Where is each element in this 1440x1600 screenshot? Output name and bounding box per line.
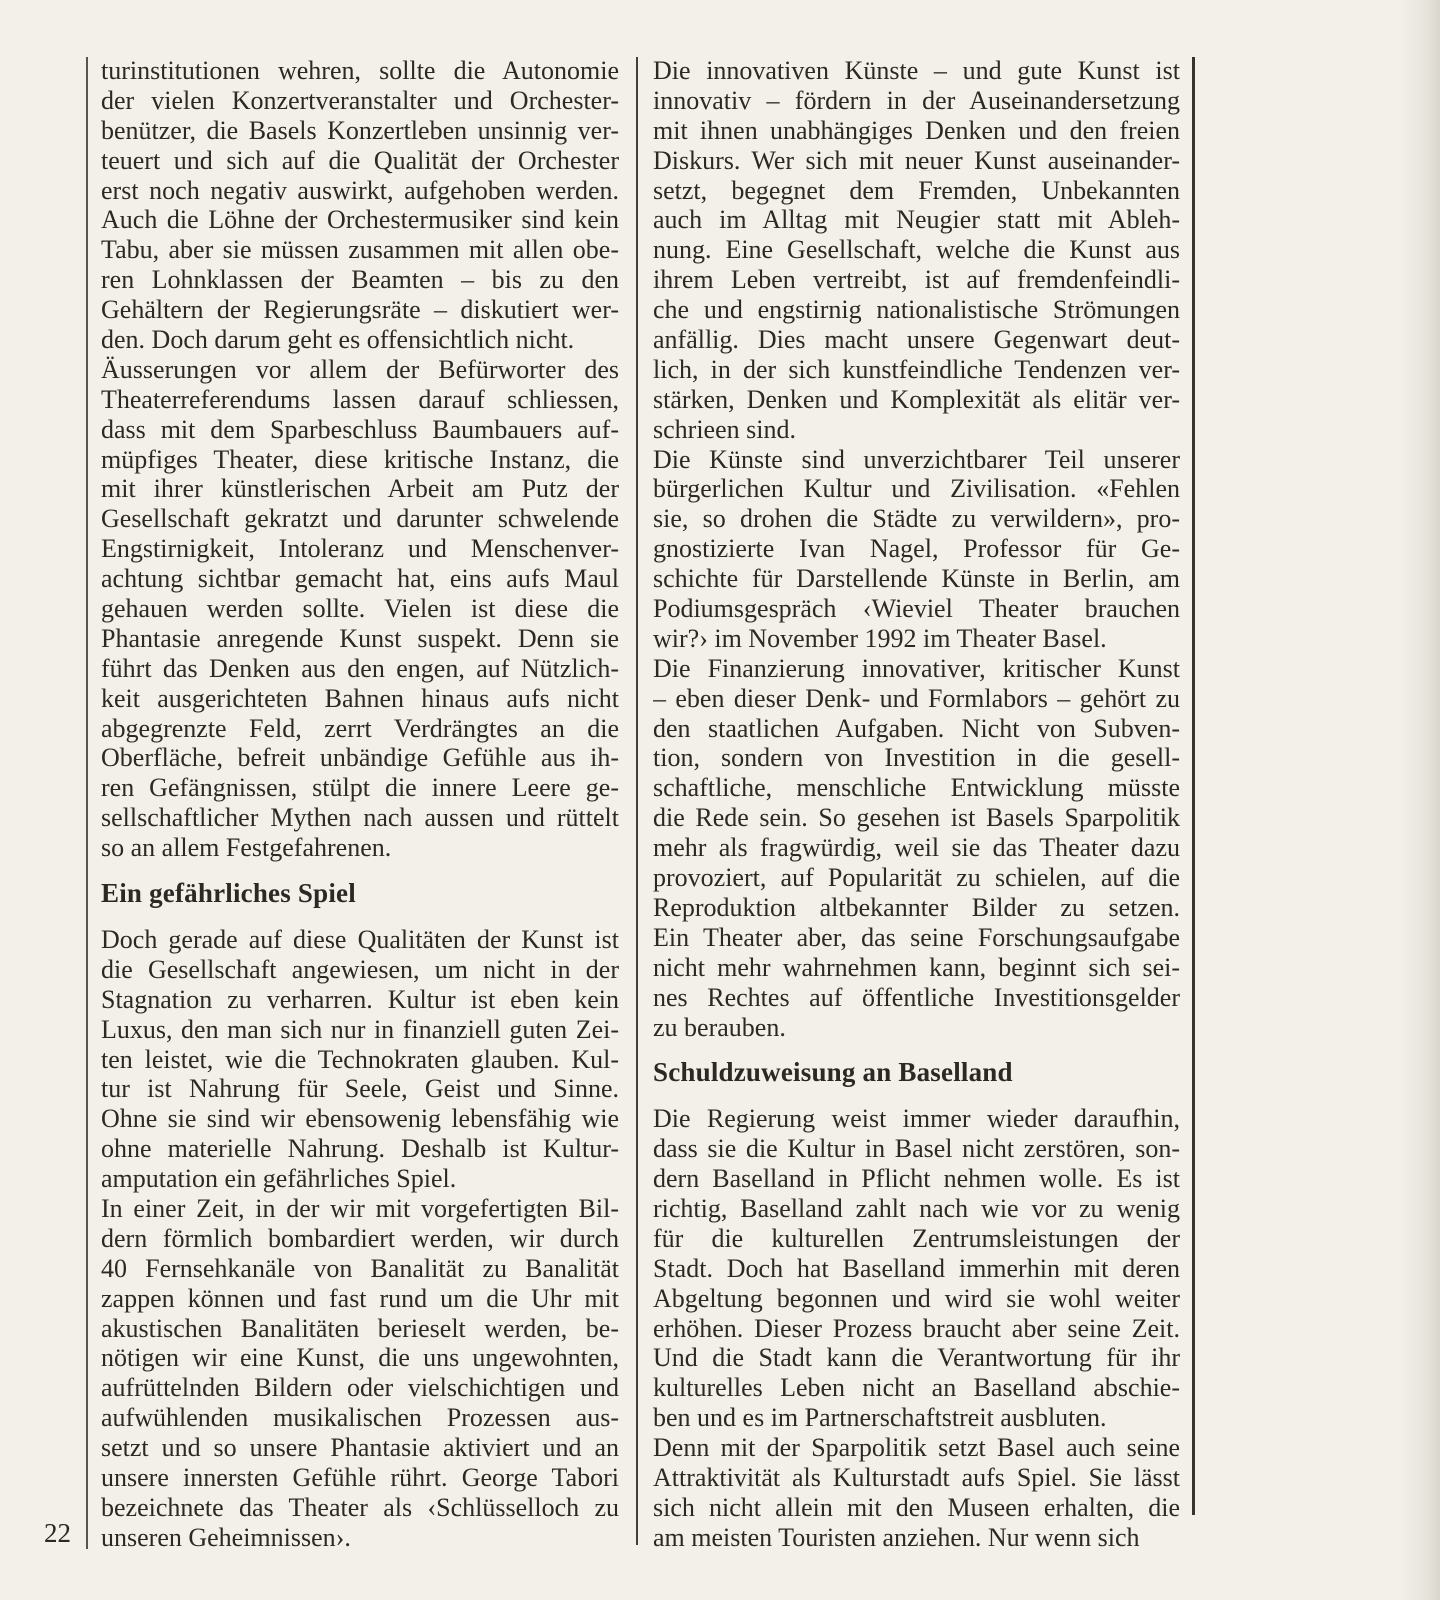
text-line: setzt und so unsere Phantasie aktiviert … bbox=[101, 1433, 619, 1463]
text-line: auch im Alltag mit Neugier statt mit Abl… bbox=[653, 205, 1180, 235]
text-line: ren Gefängnissen, stülpt die innere Leer… bbox=[101, 773, 619, 803]
text-line: Die Künste sind unverzichtbarer Teil uns… bbox=[653, 445, 1180, 475]
text-line: mit ihrer künstlerischen Arbeit am Putz … bbox=[101, 474, 619, 504]
text-line: Abgeltung begonnen und wird sie wohl wei… bbox=[653, 1284, 1180, 1314]
text-line: dern Baselland in Pflicht nehmen wolle. … bbox=[653, 1164, 1180, 1194]
text-line: nicht mehr wahrnehmen kann, beginnt sich… bbox=[653, 953, 1180, 983]
text-line: nung. Eine Gesellschaft, welche die Kuns… bbox=[653, 235, 1180, 265]
page-number: 22 bbox=[44, 1518, 71, 1548]
text-line: stärken, Denken und Komplexität als elit… bbox=[653, 385, 1180, 415]
text-line: nötigen wir eine Kunst, die uns ungewohn… bbox=[101, 1343, 619, 1373]
paragraph: turinstitutionen wehren, sollte die Auto… bbox=[101, 56, 619, 355]
text-line: mehr als fragwürdig, weil sie das Theate… bbox=[653, 833, 1180, 863]
text-line: bezeichnete das Theater als ‹Schlüssello… bbox=[101, 1493, 619, 1523]
text-column-right: Die innovativen Künste – und gute Kunst … bbox=[653, 56, 1180, 1553]
text-line: abgegrenzte Feld, zerrt Verdrängtes an d… bbox=[101, 714, 619, 744]
text-line: Gesellschaft gekratzt und darunter schwe… bbox=[101, 504, 619, 534]
text-line: Diskurs. Wer sich mit neuer Kunst ausein… bbox=[653, 146, 1180, 176]
text-line: tur ist Nahrung für Seele, Geist und Sin… bbox=[101, 1074, 619, 1104]
text-line: die Rede sein. So gesehen ist Basels Spa… bbox=[653, 803, 1180, 833]
text-line: den staatlichen Aufgaben. Nicht von Subv… bbox=[653, 714, 1180, 744]
paragraph: Die Regierung weist immer wieder daraufh… bbox=[653, 1104, 1180, 1433]
text-line: müpfiges Theater, diese kritische Instan… bbox=[101, 445, 619, 475]
paragraph: Die innovativen Künste – und gute Kunst … bbox=[653, 56, 1180, 445]
text-line: Denn mit der Sparpolitik setzt Basel auc… bbox=[653, 1433, 1180, 1463]
text-line: Attraktivität als Kulturstadt aufs Spiel… bbox=[653, 1463, 1180, 1493]
text-line: – eben dieser Denk- und Formlabors – geh… bbox=[653, 684, 1180, 714]
text-line: provoziert, auf Popularität zu schielen,… bbox=[653, 863, 1180, 893]
paragraph: Doch gerade auf diese Qualitäten der Kun… bbox=[101, 925, 619, 1194]
text-line: ten leistet, wie die Technokraten glaube… bbox=[101, 1045, 619, 1075]
text-line: amputation ein gefährliches Spiel. bbox=[101, 1164, 619, 1194]
text-line: sich nicht allein mit den Museen erhalte… bbox=[653, 1493, 1180, 1523]
text-line: Ein Theater aber, das seine Forschungsau… bbox=[653, 923, 1180, 953]
text-line: lich, in der sich kunstfeindliche Tenden… bbox=[653, 355, 1180, 385]
text-line: In einer Zeit, in der wir mit vorgeferti… bbox=[101, 1194, 619, 1224]
text-line: zappen können und fast rund um die Uhr m… bbox=[101, 1284, 619, 1314]
text-line: Oberfläche, befreit unbändige Gefühle au… bbox=[101, 743, 619, 773]
text-line: Und die Stadt kann die Verantwortung für… bbox=[653, 1343, 1180, 1373]
text-line: dern förmlich bombardiert werden, wir du… bbox=[101, 1224, 619, 1254]
text-line: achtung sichtbar gemacht hat, eins aufs … bbox=[101, 564, 619, 594]
text-line: Luxus, den man sich nur in finanziell gu… bbox=[101, 1015, 619, 1045]
text-line: Podiumsgespräch ‹Wieviel Theater brauche… bbox=[653, 594, 1180, 624]
text-line: setzt, begegnet dem Fremden, Unbekannten bbox=[653, 176, 1180, 206]
text-line: unsere innersten Gefühle rührt. George T… bbox=[101, 1463, 619, 1493]
text-line: nes Rechtes auf öffentliche Investitions… bbox=[653, 983, 1180, 1013]
text-line: turinstitutionen wehren, sollte die Auto… bbox=[101, 56, 619, 86]
text-line: Die Regierung weist immer wieder daraufh… bbox=[653, 1104, 1180, 1134]
paragraph: Die Finanzierung innovativer, kritischer… bbox=[653, 654, 1180, 1043]
section-heading: Ein gefährliches Spiel bbox=[101, 879, 619, 909]
text-line: mit ihnen unabhängiges Denken und den fr… bbox=[653, 116, 1180, 146]
text-line: teuert und sich auf die Qualität der Orc… bbox=[101, 146, 619, 176]
text-line: Phantasie anregende Kunst suspekt. Denn … bbox=[101, 624, 619, 654]
paragraph: In einer Zeit, in der wir mit vorgeferti… bbox=[101, 1194, 619, 1553]
paragraph: Denn mit der Sparpolitik setzt Basel auc… bbox=[653, 1433, 1180, 1553]
text-line: keit ausgerichteten Bahnen hinaus aufs n… bbox=[101, 684, 619, 714]
column-divider-rule bbox=[636, 57, 638, 1545]
page-edge-shadow bbox=[1400, 0, 1440, 1600]
text-line: zu berauben. bbox=[653, 1013, 1180, 1043]
text-line: bürgerlichen Kultur und Zivilisation. «F… bbox=[653, 474, 1180, 504]
text-line: aufrüttelnden Bildern oder vielschichtig… bbox=[101, 1373, 619, 1403]
left-margin-rule bbox=[86, 57, 88, 1549]
text-line: akustischen Banalitäten berieselt werden… bbox=[101, 1314, 619, 1344]
text-line: am meisten Touristen anziehen. Nur wenn … bbox=[653, 1523, 1180, 1553]
text-line: che und engstirnig nationalistische Strö… bbox=[653, 295, 1180, 325]
text-line: Auch die Löhne der Orchestermusiker sind… bbox=[101, 205, 619, 235]
text-line: die Gesellschaft angewiesen, um nicht in… bbox=[101, 955, 619, 985]
text-line: ben und es im Partnerschaftstreit ausblu… bbox=[653, 1403, 1180, 1433]
text-line: kulturelles Leben nicht an Baselland abs… bbox=[653, 1373, 1180, 1403]
text-line: benützer, die Basels Konzertleben unsinn… bbox=[101, 116, 619, 146]
text-line: sie, so drohen die Städte zu verwildern»… bbox=[653, 504, 1180, 534]
text-line: schichte für Darstellende Künste in Berl… bbox=[653, 564, 1180, 594]
text-line: Stagnation zu verharren. Kultur ist eben… bbox=[101, 985, 619, 1015]
text-line: Die innovativen Künste – und gute Kunst … bbox=[653, 56, 1180, 86]
text-line: erhöhen. Dieser Prozess braucht aber sei… bbox=[653, 1314, 1180, 1344]
paragraph: Die Künste sind unverzichtbarer Teil uns… bbox=[653, 445, 1180, 654]
text-line: erst noch negativ auswirkt, aufgehoben w… bbox=[101, 176, 619, 206]
text-line: sellschaftlicher Mythen nach aussen und … bbox=[101, 803, 619, 833]
text-line: führt das Denken aus den engen, auf Nütz… bbox=[101, 654, 619, 684]
text-line: richtig, Baselland zahlt nach wie vor zu… bbox=[653, 1194, 1180, 1224]
text-line: für die kulturellen Zentrumsleistungen d… bbox=[653, 1224, 1180, 1254]
text-line: aufwühlenden musikalischen Prozessen aus… bbox=[101, 1403, 619, 1433]
text-line: den. Doch darum geht es offensichtlich n… bbox=[101, 325, 619, 355]
text-line: dass mit dem Sparbeschluss Baumbauers au… bbox=[101, 415, 619, 445]
text-line: tion, sondern von Investition in die ges… bbox=[653, 743, 1180, 773]
text-line: Theaterreferendums lassen darauf schlies… bbox=[101, 385, 619, 415]
text-line: anfällig. Dies macht unsere Gegenwart de… bbox=[653, 325, 1180, 355]
paragraph: Äusserungen vor allem der Befürworter de… bbox=[101, 355, 619, 863]
text-line: ihrem Leben vertreibt, ist auf fremdenfe… bbox=[653, 265, 1180, 295]
scanned-magazine-page: turinstitutionen wehren, sollte die Auto… bbox=[0, 0, 1440, 1600]
text-line: Äusserungen vor allem der Befürworter de… bbox=[101, 355, 619, 385]
text-line: gnostizierte Ivan Nagel, Professor für G… bbox=[653, 534, 1180, 564]
text-line: Doch gerade auf diese Qualitäten der Kun… bbox=[101, 925, 619, 955]
text-line: Ohne sie sind wir ebensowenig lebensfähi… bbox=[101, 1104, 619, 1134]
text-line: so an allem Festgefahrenen. bbox=[101, 833, 619, 863]
section-heading: Schuldzuweisung an Baselland bbox=[653, 1058, 1180, 1088]
text-line: Die Finanzierung innovativer, kritischer… bbox=[653, 654, 1180, 684]
text-line: Reproduktion altbekannter Bilder zu setz… bbox=[653, 893, 1180, 923]
text-line: wir?› im November 1992 im Theater Basel. bbox=[653, 624, 1180, 654]
right-margin-rule bbox=[1192, 57, 1195, 1515]
text-line: der vielen Konzertveranstalter und Orche… bbox=[101, 86, 619, 116]
text-line: Stadt. Doch hat Baselland immerhin mit d… bbox=[653, 1254, 1180, 1284]
text-line: Tabu, aber sie müssen zusammen mit allen… bbox=[101, 235, 619, 265]
text-line: schaftliche, menschliche Entwicklung müs… bbox=[653, 773, 1180, 803]
text-line: unseren Geheimnissen›. bbox=[101, 1523, 619, 1553]
text-line: schrieen sind. bbox=[653, 415, 1180, 445]
text-line: 40 Fernsehkanäle von Banalität zu Banali… bbox=[101, 1254, 619, 1284]
text-line: ohne materielle Nahrung. Deshalb ist Kul… bbox=[101, 1134, 619, 1164]
text-line: innovativ – fördern in der Auseinanderse… bbox=[653, 86, 1180, 116]
text-line: Gehältern der Regierungsräte – diskutier… bbox=[101, 295, 619, 325]
text-line: ren Lohnklassen der Beamten – bis zu den bbox=[101, 265, 619, 295]
text-line: gehauen werden sollte. Vielen ist diese … bbox=[101, 594, 619, 624]
text-column-left: turinstitutionen wehren, sollte die Auto… bbox=[101, 56, 619, 1553]
text-line: Engstirnigkeit, Intoleranz und Menschenv… bbox=[101, 534, 619, 564]
text-line: dass sie die Kultur in Basel nicht zerst… bbox=[653, 1134, 1180, 1164]
